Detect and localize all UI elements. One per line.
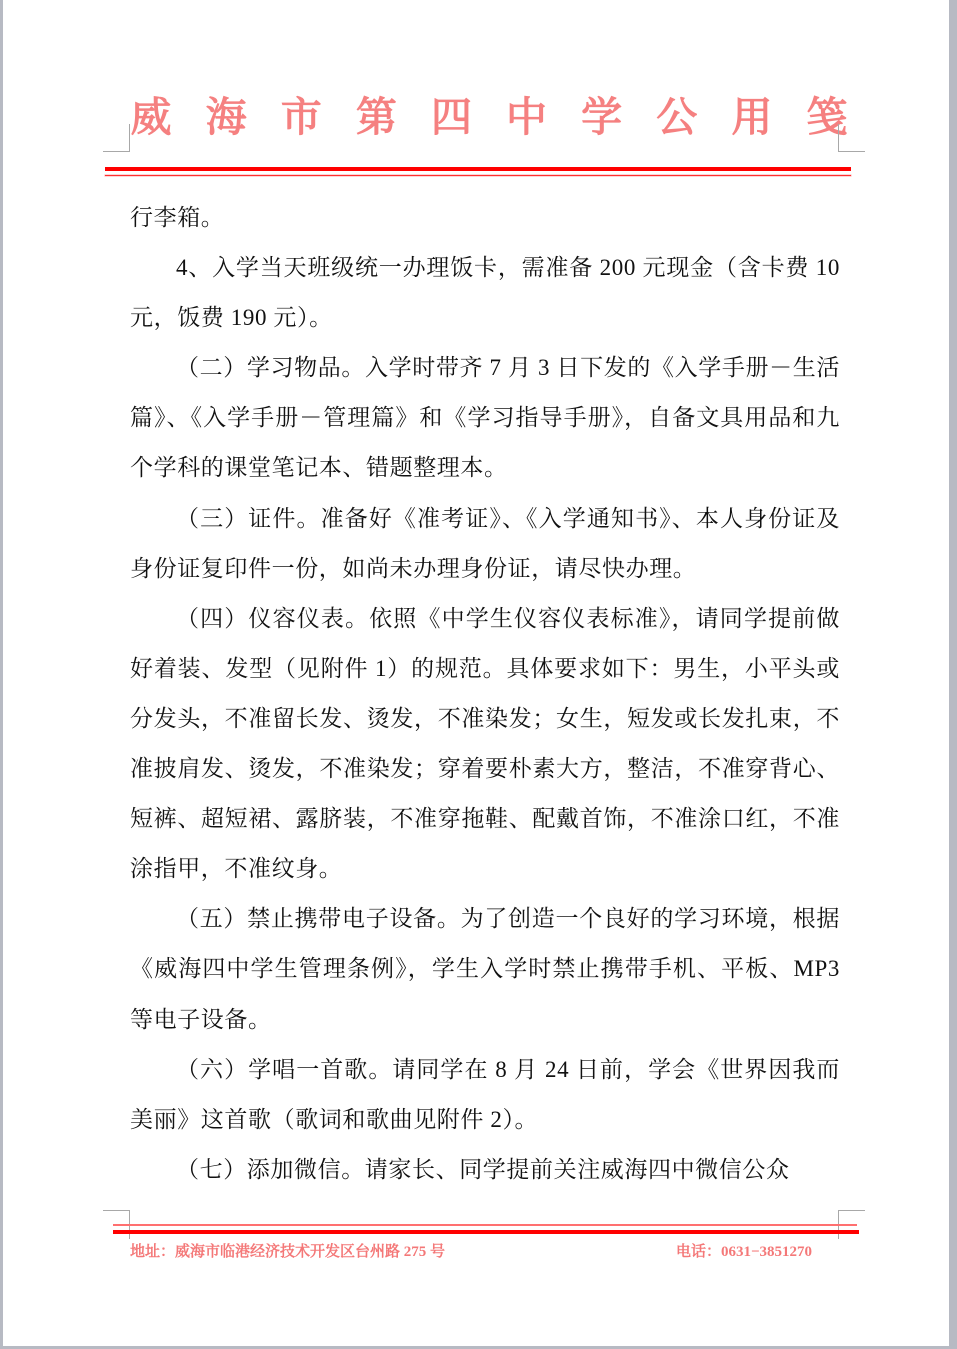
footer-phone: 电话：0631−3851270 <box>676 1242 812 1262</box>
title-char: 市 <box>279 92 323 142</box>
margin-corner-mark-top-right <box>838 124 865 152</box>
paragraph: （四）仪容仪表。依照《中学生仪容仪表标准》，请同学提前做好着装、发型（见附件 1… <box>130 594 840 895</box>
document-page: 威 海 市 第 四 中 学 公 用 笺 行李箱。 4、入学当天班级统一办理饭卡，… <box>3 0 949 1346</box>
paragraph: （三）证件。准备好《准考证》、《入学通知书》、本人身份证及身份证复印件一份，如尚… <box>130 494 840 594</box>
paragraph: 行李箱。 <box>130 193 840 243</box>
footer-rule-thin <box>113 1224 857 1226</box>
letterhead-title: 威 海 市 第 四 中 学 公 用 笺 <box>129 92 849 142</box>
header-rule-thick <box>105 167 851 171</box>
title-char: 中 <box>505 92 549 142</box>
paragraph: （七）添加微信。请家长、同学提前关注威海四中微信公众 <box>130 1145 840 1195</box>
title-char: 第 <box>354 92 398 142</box>
title-char: 威 <box>129 92 173 142</box>
paragraph: （五）禁止携带电子设备。为了创造一个良好的学习环境，根据《威海四中学生管理条例》… <box>130 894 840 1044</box>
margin-corner-mark-top-left <box>103 124 130 152</box>
paragraph: 4、入学当天班级统一办理饭卡，需准备 200 元现金（含卡费 10 元，饭费 1… <box>130 243 840 343</box>
document-body[interactable]: 行李箱。 4、入学当天班级统一办理饭卡，需准备 200 元现金（含卡费 10 元… <box>130 193 840 1195</box>
title-char: 海 <box>204 92 248 142</box>
paragraph: （六）学唱一首歌。请同学在 8 月 24 日前，学会《世界因我而美丽》这首歌（歌… <box>130 1045 840 1145</box>
title-char: 四 <box>429 92 473 142</box>
header-rule-thin <box>105 175 851 176</box>
title-char: 公 <box>655 92 699 142</box>
footer-address: 地址：威海市临港经济技术开发区台州路 275 号 <box>130 1242 445 1262</box>
title-char: 学 <box>580 92 624 142</box>
title-char: 用 <box>730 92 774 142</box>
paragraph: （二）学习物品。入学时带齐 7 月 3 日下发的《入学手册－生活篇》、《入学手册… <box>130 343 840 493</box>
footer-rule-thick <box>113 1230 859 1234</box>
